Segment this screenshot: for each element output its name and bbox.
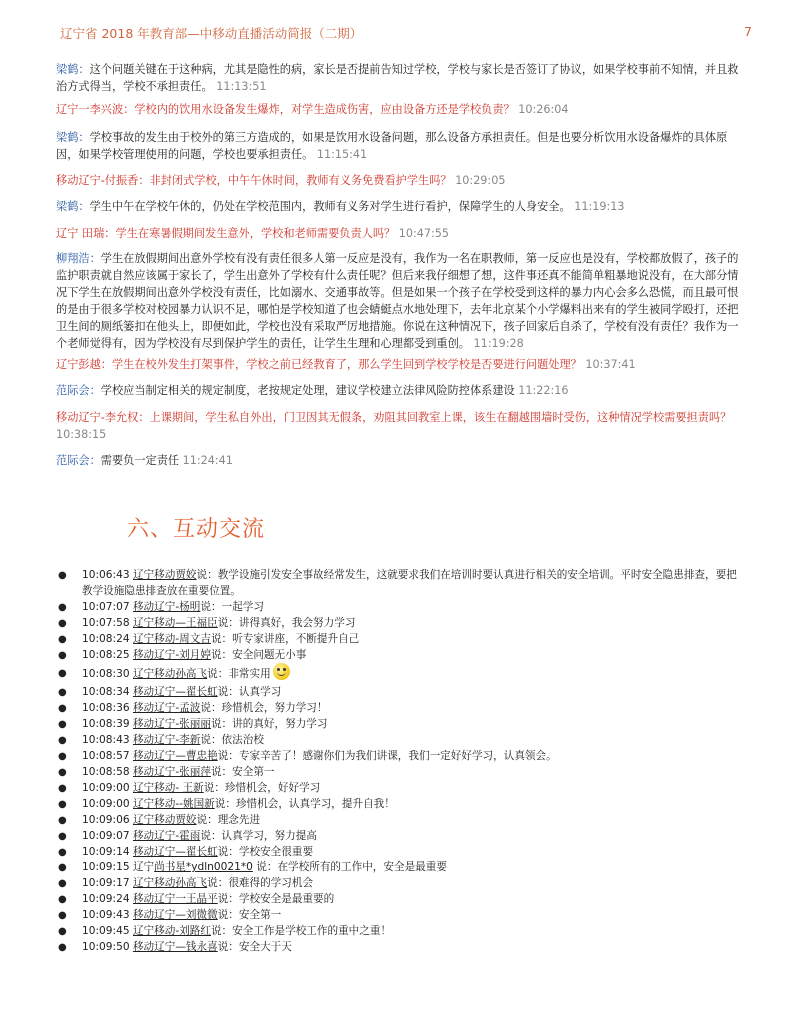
chat-user-link[interactable]: 辽宁移动-周文吉: [133, 633, 211, 645]
chat-time: 10:08:36: [82, 702, 130, 714]
chat-item: ●10:08:36 移动辽宁-孟波说：珍惜机会，努力学习！: [56, 701, 746, 717]
chat-said: 说：: [207, 877, 228, 889]
chat-time: 10:08:30: [82, 668, 130, 680]
chat-user-prefix: 辽宁: [133, 861, 154, 873]
chat-item: ●10:07:58 辽宁移动—王福臣说：讲得真好，我会努力学习: [56, 616, 746, 632]
chat-time: 10:08:34: [82, 686, 130, 698]
qa-answer: 梁鹤：学生中午在学校午休的，仍处在学校范围内，教师有义务对学生进行看护，保障学生…: [56, 198, 746, 215]
qa-question: 移动辽宁-付振香：非封闭式学校，中午午休时间，教师有义务免费看护学生吗？ 10:…: [56, 172, 746, 189]
chat-text: 理念先进: [218, 814, 260, 826]
chat-time: 10:09:50: [82, 941, 130, 953]
timestamp: 10:47:55: [399, 227, 449, 240]
chat-user-link[interactable]: 移动辽宁-李新: [133, 734, 200, 746]
chat-text: 在学校所有的工作中，安全是最重要: [277, 861, 447, 873]
bullet-icon: ●: [58, 813, 67, 829]
chat-user-link[interactable]: 移动辽宁-刘月婷: [133, 649, 211, 661]
chat-list: ●10:06:43 辽宁移动贾姣说：教学设施引发安全事故经常发生，这就要求我们在…: [56, 568, 746, 956]
chat-said: 说：: [253, 861, 278, 873]
chat-time: 10:09:43: [82, 909, 130, 921]
chat-text: 讲的真好，努力学习: [232, 718, 327, 730]
chat-time: 10:06:43: [82, 569, 130, 581]
chat-item: ●10:09:24 移动辽宁一王晶平说：学校安全是最重要的: [56, 892, 746, 908]
question-text: 学生在寒暑假期间发生意外，学校和老师需要负责人吗？: [116, 227, 396, 240]
bullet-icon: ●: [58, 829, 67, 845]
question-text: 学生在校外发生打架事件，学校之前已经教育了，那么学生回到学校学校是否要进行问题处…: [112, 358, 582, 371]
qa-answer: 柳翔浩：学生在放假期间出意外学校有没有责任很多人第一反应是没有，我作为一名在职教…: [56, 250, 746, 352]
chat-said: 说：: [200, 734, 221, 746]
chat-text: 安全第一: [239, 909, 281, 921]
chat-user-link[interactable]: 辽宁移动-刘路红: [133, 925, 211, 937]
chat-text: 专家辛苦了！感谢你们为我们讲课，我们一定好好学习，认真领会。: [239, 750, 557, 762]
speaker-name: 范际会：: [56, 384, 101, 397]
chat-said: 说：: [218, 909, 239, 921]
speaker-name: 辽宁彭越：: [56, 358, 112, 371]
chat-said: 说：: [215, 798, 236, 810]
chat-time: 10:09:15: [82, 861, 130, 873]
chat-item: ●10:08:25 移动辽宁-刘月婷说：安全问题无小事: [56, 648, 746, 664]
chat-user-link[interactable]: 辽宁移动—王福臣: [133, 617, 218, 629]
page-number: 7: [744, 24, 752, 39]
chat-item: ●10:08:34 移动辽宁—翟长虹说：认真学习: [56, 685, 746, 701]
chat-text: 一起学习: [222, 601, 264, 613]
chat-said: 说：: [197, 569, 218, 581]
chat-user-link[interactable]: 移动辽宁-张丽萍: [133, 766, 211, 778]
chat-user-link[interactable]: 辽宁移动--姚国新: [133, 798, 215, 810]
chat-user-link[interactable]: 辽宁移动贾姣: [133, 814, 197, 826]
chat-item: ●10:09:06 辽宁移动贾姣说：理念先进: [56, 813, 746, 829]
chat-user-link[interactable]: 移动辽宁一王晶平: [133, 893, 218, 905]
speaker-name: 梁鹤：: [56, 63, 90, 76]
chat-user-link[interactable]: 辽宁移动孙高飞: [133, 877, 207, 889]
bullet-icon: ●: [58, 600, 67, 616]
chat-item: ●10:07:07 移动辽宁-杨明说：一起学习: [56, 600, 746, 616]
chat-time: 10:09:07: [82, 830, 130, 842]
chat-said: 说：: [218, 893, 239, 905]
chat-text: 珍惜机会，认真学习，提升自我！: [236, 798, 395, 810]
chat-time: 10:09:00: [82, 782, 130, 794]
speaker-name: 梁鹤：: [56, 200, 90, 213]
chat-user-link[interactable]: 移动辽宁-杨明: [133, 601, 200, 613]
chat-time: 10:07:07: [82, 601, 130, 613]
bullet-icon: ●: [58, 685, 67, 701]
chat-time: 10:08:24: [82, 633, 130, 645]
chat-time: 10:09:14: [82, 846, 130, 858]
qa-question: 辽宁 田瑞：学生在寒暑假期间发生意外，学校和老师需要负责人吗？ 10:47:55: [56, 225, 746, 242]
chat-item: ●10:08:30 辽宁移动孙高飞说：非常实用: [56, 663, 746, 685]
timestamp: 11:22:16: [518, 384, 568, 397]
chat-time: 10:08:25: [82, 649, 130, 661]
chat-text: 珍惜机会，好好学习: [225, 782, 320, 794]
speaker-name: 辽宁一李兴波：: [56, 103, 134, 116]
bullet-icon: ●: [58, 797, 67, 813]
question-text: 学校内的饮用水设备发生爆炸，对学生造成伤害，应由设备方还是学校负责？: [134, 103, 514, 116]
speaker-name: 梁鹤：: [56, 131, 90, 144]
chat-time: 10:09:06: [82, 814, 130, 826]
answer-text: 学校应当制定相关的规定制度，老按规定处理，建议学校建立法律风险防控体系建设: [101, 384, 515, 397]
chat-text: 依法治校: [222, 734, 264, 746]
qa-answer: 范际会：学校应当制定相关的规定制度，老按规定处理，建议学校建立法律风险防控体系建…: [56, 382, 746, 399]
chat-said: 说：: [207, 668, 228, 680]
chat-text: 认真学习: [239, 686, 281, 698]
bullet-icon: ●: [58, 892, 67, 908]
bullet-icon: ●: [58, 701, 67, 717]
timestamp: 10:26:04: [518, 103, 568, 116]
chat-text: 安全第一: [232, 766, 274, 778]
speaker-name: 移动辽宁-付振香：: [56, 174, 150, 187]
bullet-icon: ●: [58, 860, 67, 876]
chat-text: 听专家讲座，不断提升自己: [232, 633, 359, 645]
chat-said: 说：: [211, 633, 232, 645]
chat-item: ●10:09:17 辽宁移动孙高飞说：很难得的学习机会: [56, 876, 746, 892]
timestamp: 11:19:28: [474, 337, 524, 350]
smiley-icon: [273, 663, 290, 680]
answer-text: 这个问题关键在于这种病，尤其是隐性的病，家长是否提前告知过学校，学校与家长是否签…: [56, 63, 738, 93]
document-title: 辽宁省 2018 年教育部—中移动直播活动简报（二期）: [60, 24, 362, 42]
bullet-icon: ●: [58, 845, 67, 861]
chat-said: 说：: [211, 925, 232, 937]
chat-text: 珍惜机会，努力学习！: [222, 702, 328, 714]
timestamp: 11:24:41: [183, 454, 233, 467]
bullet-icon: ●: [58, 632, 67, 648]
answer-text: 需要负一定责任: [101, 454, 179, 467]
speaker-name: 范际会：: [56, 454, 101, 467]
chat-user-link[interactable]: 辽宁移动- 王新: [133, 782, 204, 794]
timestamp: 10:37:41: [585, 358, 635, 371]
chat-said: 说：: [211, 766, 232, 778]
timestamp: 10:38:15: [56, 428, 106, 441]
chat-user-link[interactable]: 移动辽宁-孟波: [133, 702, 200, 714]
chat-text: 非常实用: [228, 668, 270, 680]
chat-text: 学校安全是最重要的: [239, 893, 334, 905]
timestamp: 11:13:51: [216, 80, 266, 93]
bullet-icon: ●: [58, 717, 67, 733]
qa-answer: 梁鹤：这个问题关键在于这种病，尤其是隐性的病，家长是否提前告知过学校，学校与家长…: [56, 61, 746, 95]
qa-answer: 范际会：需要负一定责任 11:24:41: [56, 452, 746, 469]
bullet-icon: ●: [58, 908, 67, 924]
bullet-icon: ●: [58, 940, 67, 956]
chat-said: 说：: [200, 601, 221, 613]
chat-user-link[interactable]: 移动辽宁—刘微微: [133, 909, 218, 921]
bullet-icon: ●: [58, 648, 67, 664]
chat-text: 安全问题无小事: [232, 649, 306, 661]
chat-time: 10:08:43: [82, 734, 130, 746]
speaker-name: 移动辽宁-李允权：: [56, 411, 150, 424]
chat-said: 说：: [204, 782, 225, 794]
timestamp: 11:19:13: [574, 200, 624, 213]
bullet-icon: ●: [58, 663, 67, 685]
chat-said: 说：: [211, 649, 232, 661]
chat-time: 10:08:58: [82, 766, 130, 778]
question-text: 上课期间，学生私自外出，门卫因其无假条，劝阻其回教室上课，该生在翻越围墙时受伤，…: [150, 411, 732, 424]
chat-time: 10:07:58: [82, 617, 130, 629]
section-title: 六、互动交流: [127, 512, 265, 543]
answer-text: 学生在放假期间出意外学校有没有责任很多人第一反应是没有，我作为一名在职教师，第一…: [56, 252, 738, 350]
chat-time: 10:09:24: [82, 893, 130, 905]
chat-user-link[interactable]: 移动辽宁—翟长虹: [133, 686, 218, 698]
chat-item: ●10:09:07 移动辽宁-霍雨说：认真学习，努力提高: [56, 829, 746, 845]
chat-text: 安全大于天: [239, 941, 292, 953]
chat-item: ●10:08:43 移动辽宁-李新说：依法治校: [56, 733, 746, 749]
chat-said: 说：: [218, 941, 239, 953]
speaker-name: 辽宁 田瑞：: [56, 227, 116, 240]
chat-time: 10:08:39: [82, 718, 130, 730]
chat-said: 说：: [200, 702, 221, 714]
bullet-icon: ●: [58, 781, 67, 797]
qa-question: 移动辽宁-李允权：上课期间，学生私自外出，门卫因其无假条，劝阻其回教室上课，该生…: [56, 409, 746, 443]
chat-item: ●10:09:45 辽宁移动-刘路红说：安全工作是学校工作的重中之重！: [56, 924, 746, 940]
qa-question: 辽宁一李兴波：学校内的饮用水设备发生爆炸，对学生造成伤害，应由设备方还是学校负责…: [56, 101, 746, 118]
chat-text: 安全工作是学校工作的重中之重！: [232, 925, 391, 937]
chat-user-link[interactable]: 尚书星*ydln0021*0: [154, 861, 253, 873]
bullet-icon: ●: [58, 733, 67, 749]
page-header: 辽宁省 2018 年教育部—中移动直播活动简报（二期） 7: [60, 24, 752, 44]
bullet-icon: ●: [58, 749, 67, 765]
timestamp: 11:15:41: [317, 148, 367, 161]
qa-question: 辽宁彭越：学生在校外发生打架事件，学校之前已经教育了，那么学生回到学校学校是否要…: [56, 356, 746, 373]
chat-text: 很难得的学习机会: [228, 877, 313, 889]
bullet-icon: ●: [58, 616, 67, 632]
chat-said: 说：: [218, 846, 239, 858]
chat-user-link[interactable]: 移动辽宁-霍雨: [133, 830, 200, 842]
question-text: 非封闭式学校，中午午休时间，教师有义务免费看护学生吗？: [150, 174, 452, 187]
speaker-name: 柳翔浩：: [56, 252, 101, 265]
chat-item: ●10:06:43 辽宁移动贾姣说：教学设施引发安全事故经常发生，这就要求我们在…: [56, 568, 746, 600]
chat-time: 10:09:00: [82, 798, 130, 810]
chat-user-link[interactable]: 移动辽宁—钱永喜: [133, 941, 218, 953]
chat-item: ●10:08:58 移动辽宁-张丽萍说：安全第一: [56, 765, 746, 781]
chat-user-link[interactable]: 移动辽宁—翟长虹: [133, 846, 218, 858]
bullet-icon: ●: [58, 568, 67, 584]
chat-time: 10:09:45: [82, 925, 130, 937]
chat-item: ●10:08:57 移动辽宁—曹忠艳说：专家辛苦了！感谢你们为我们讲课，我们一定…: [56, 749, 746, 765]
chat-item: ●10:08:24 辽宁移动-周文吉说：听专家讲座，不断提升自己: [56, 632, 746, 648]
chat-item: ●10:09:00 辽宁移动--姚国新说：珍惜机会，认真学习，提升自我！: [56, 797, 746, 813]
chat-item: ●10:09:14 移动辽宁—翟长虹说：学校安全很重要: [56, 845, 746, 861]
chat-time: 10:08:57: [82, 750, 130, 762]
chat-user-link[interactable]: 移动辽宁—曹忠艳: [133, 750, 218, 762]
chat-said: 说：: [218, 617, 239, 629]
answer-text: 学校事故的发生由于校外的第三方造成的，如果是饮用水设备问题，那么设备方承担责任。…: [56, 131, 727, 161]
chat-user-link[interactable]: 移动辽宁-张丽丽: [133, 718, 211, 730]
chat-item: ●10:09:43 移动辽宁—刘微微说：安全第一: [56, 908, 746, 924]
chat-text: 认真学习，努力提高: [222, 830, 317, 842]
chat-item: ●10:09:50 移动辽宁—钱永喜说：安全大于天: [56, 940, 746, 956]
chat-item: ●10:09:15 辽宁尚书星*ydln0021*0 说：在学校所有的工作中，安…: [56, 860, 746, 876]
qa-answer: 梁鹤：学校事故的发生由于校外的第三方造成的，如果是饮用水设备问题，那么设备方承担…: [56, 129, 746, 163]
chat-text: 讲得真好，我会努力学习: [239, 617, 356, 629]
chat-user-link[interactable]: 辽宁移动贾姣: [133, 569, 197, 581]
chat-said: 说：: [218, 686, 239, 698]
answer-text: 学生中午在学校午休的，仍处在学校范围内，教师有义务对学生进行看护，保障学生的人身…: [90, 200, 571, 213]
bullet-icon: ●: [58, 876, 67, 892]
chat-item: ●10:08:39 移动辽宁-张丽丽说：讲的真好，努力学习: [56, 717, 746, 733]
chat-said: 说：: [200, 830, 221, 842]
chat-item: ●10:09:00 辽宁移动- 王新说：珍惜机会，好好学习: [56, 781, 746, 797]
timestamp: 10:29:05: [455, 174, 505, 187]
chat-said: 说：: [211, 718, 232, 730]
chat-text: 学校安全很重要: [239, 846, 313, 858]
chat-user-link[interactable]: 辽宁移动孙高飞: [133, 668, 207, 680]
chat-said: 说：: [197, 814, 218, 826]
bullet-icon: ●: [58, 765, 67, 781]
chat-said: 说：: [218, 750, 239, 762]
chat-time: 10:09:17: [82, 877, 130, 889]
bullet-icon: ●: [58, 924, 67, 940]
